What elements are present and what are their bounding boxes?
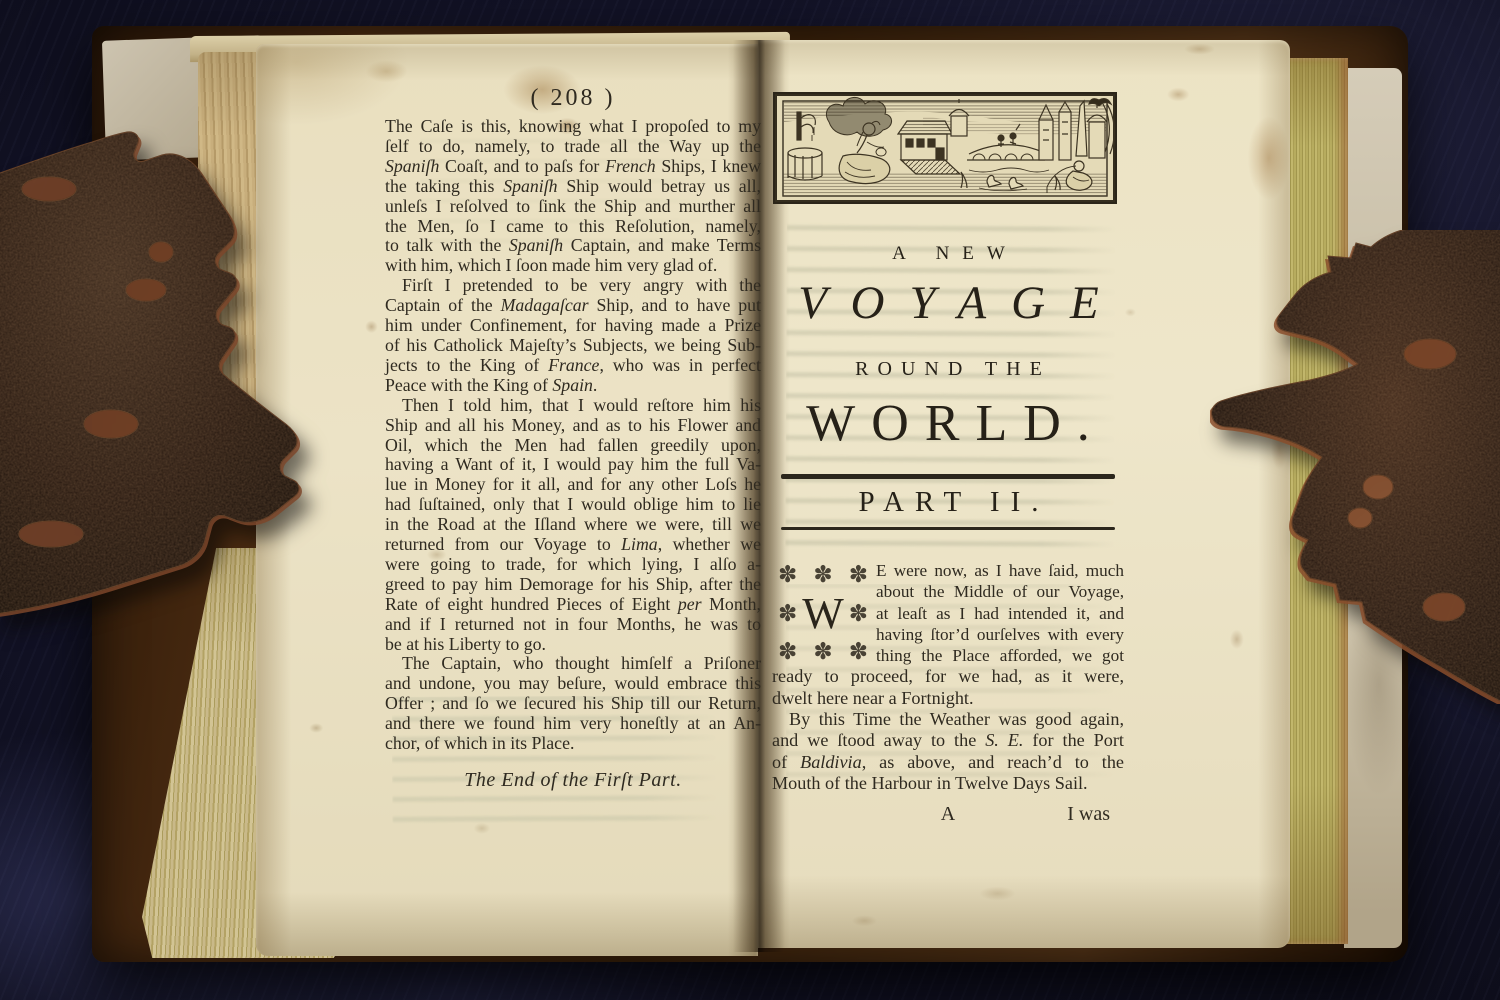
- part-end-colophon: The End of the Firſt Part.: [385, 769, 761, 792]
- rule-above-part: [781, 474, 1115, 479]
- title-round-the: ROUND THE: [777, 358, 1129, 381]
- title-voyage: VOYAGE: [785, 276, 1137, 330]
- right-page-body-text: E were now, as I have ſaid, muchabout th…: [772, 560, 1124, 794]
- headpiece-woodcut: [773, 92, 1117, 205]
- rule-below-part: [781, 527, 1115, 530]
- part-heading: PART II.: [778, 486, 1130, 519]
- left-page-body-text: The Caſe is this, knowing what I propoſe…: [385, 117, 761, 754]
- photograph-of-open-antique-book: ( 208 ) The Caſe is this, knowing what I…: [0, 0, 1500, 1000]
- page-number: ( 208 ): [385, 85, 761, 112]
- left-metal-clasp: [0, 118, 330, 642]
- title-world: WORLD.: [780, 394, 1132, 453]
- right-metal-clasp: [1210, 230, 1500, 704]
- title-a-new: A NEW: [779, 243, 1131, 265]
- catchword: I was: [1067, 803, 1110, 826]
